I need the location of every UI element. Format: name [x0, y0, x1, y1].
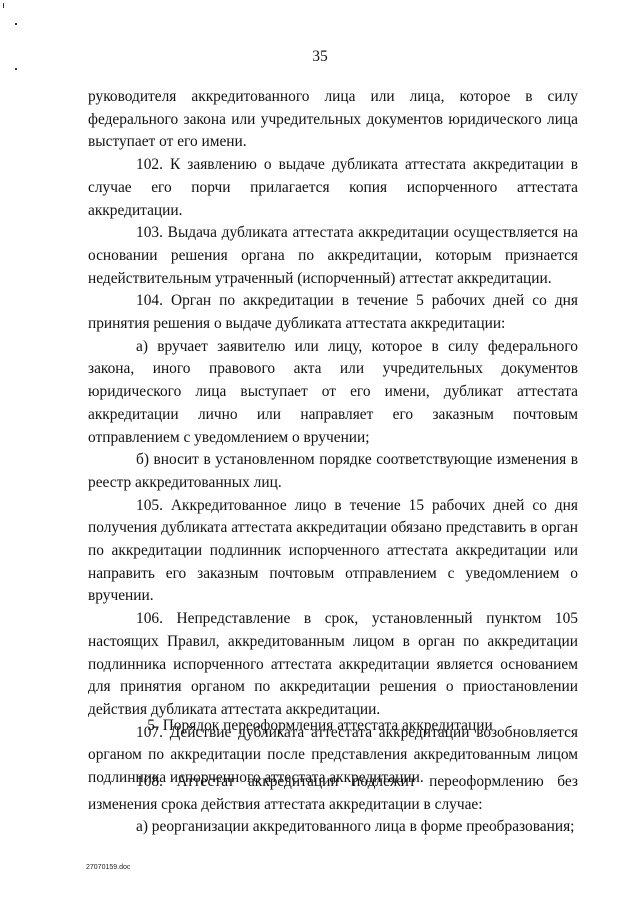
scan-mark [3, 3, 4, 8]
paragraph-104: 104. Орган по аккредитации в течение 5 р… [88, 290, 578, 335]
document-body-upper: руководителя аккредитованного лица или л… [88, 86, 578, 790]
paragraph-108: 108. Аттестат аккредитации подлежит пере… [88, 771, 578, 816]
paragraph-105: 105. Аккредитованное лицо в течение 15 р… [88, 495, 578, 609]
paragraph-103: 103. Выдача дубликата аттестата аккредит… [88, 222, 578, 290]
paragraph-108-a: а) реорганизации аккредитованного лица в… [88, 816, 578, 839]
paragraph-104-a: а) вручает заявителю или лицу, которое в… [88, 336, 578, 450]
paragraph-102: 102. К заявлению о выдаче дубликата атте… [88, 154, 578, 222]
section-heading: 5. Порядок переоформления аттестата аккр… [0, 717, 640, 735]
paragraph-continuation: руководителя аккредитованного лица или л… [88, 86, 578, 154]
footer-filename: 27070159.doc [86, 864, 130, 871]
paragraph-106: 106. Непредставление в срок, установленн… [88, 608, 578, 722]
document-body-lower: 108. Аттестат аккредитации подлежит пере… [88, 771, 578, 839]
page-number: 35 [0, 48, 640, 66]
scan-mark [15, 23, 17, 25]
paragraph-104-b: б) вносит в установленном порядке соотве… [88, 449, 578, 494]
scan-mark [15, 68, 17, 70]
